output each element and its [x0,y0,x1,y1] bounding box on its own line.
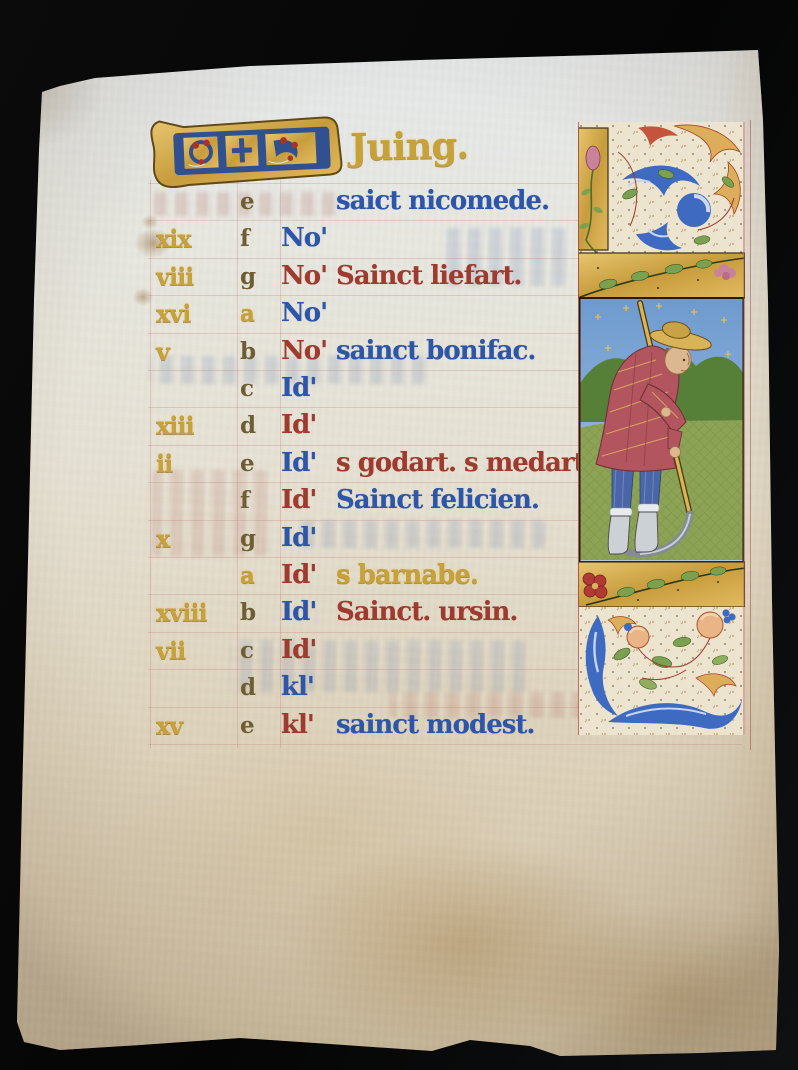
roman-calends-mark: Id' [281,370,316,407]
feast-name: Sainct liefart. [336,258,521,295]
dominical-letter: d [240,407,255,444]
manuscript-leaf: Juing. esaict nicomede.xixfNo'viiigNo'Sa… [0,0,798,1070]
golden-number: x [156,520,169,557]
roman-calends-mark: No' [281,333,327,370]
feast-name: s barnabe. [336,557,478,594]
calendar-row: iieId's godart. s medart. [0,445,590,482]
dominical-letter: c [240,632,253,669]
golden-number: ii [156,445,172,482]
feast-name: s godart. s medart. [336,445,593,482]
golden-number: viii [156,258,193,295]
feast-name: saict nicomede. [336,183,549,220]
roman-calends-mark: Id' [281,407,316,444]
dominical-letter: d [240,669,255,706]
feast-name: Sainct felicien. [336,482,539,519]
floral-top-panel [578,122,745,262]
calendar-row: viiigNo'Sainct liefart. [0,258,590,295]
calendar-row: xviaNo' [0,295,590,332]
boot-right [635,512,658,552]
roman-calends-mark: kl' [281,707,314,744]
floral-bottom-panel [578,607,745,735]
calendar-row: cId' [0,370,590,407]
illuminated-border [578,122,745,737]
golden-number: xiii [156,407,194,444]
gold-band-red-flower [578,562,745,607]
dominical-letter: g [240,520,255,557]
dominical-letter: c [240,370,253,407]
dominical-letter: e [240,445,254,482]
roman-calends-mark: Id' [281,520,316,557]
month-label: Juing. [350,123,469,169]
boot-left [608,516,630,554]
calendar-row: xvekl'sainct modest. [0,707,590,744]
golden-number: v [156,333,169,370]
golden-number: vii [156,632,185,669]
calendar-row: vbNo'sainct bonifac. [0,333,590,370]
calendar-row: viicId' [0,632,590,669]
dominical-letter: b [240,333,255,370]
feast-name: Sainct. ursin. [336,594,517,631]
calendar-row: dkl' [0,669,590,706]
golden-number: xviii [156,594,207,631]
roman-calends-mark: No' [281,295,327,332]
calendar-row: esaict nicomede. [0,183,590,220]
dominical-letter: b [240,594,255,631]
pink-thistle-flower [586,146,600,170]
dominical-letter: a [240,295,254,332]
golden-number: xix [156,220,191,257]
roman-calends-mark: Id' [281,594,316,631]
roman-calends-mark: Id' [281,557,316,594]
roman-calends-mark: No' [281,258,327,295]
calendar-row: xviiibId'Sainct. ursin. [0,594,590,631]
calendar-row: aId's barnabe. [0,557,590,594]
dominical-letter: f [240,482,249,519]
calendar-row: xgId' [0,520,590,557]
roman-calends-mark: Id' [281,482,316,519]
kl-monogram [143,112,346,194]
photo-backdrop: Juing. esaict nicomede.xixfNo'viiigNo'Sa… [0,0,798,1070]
margin-rule-right [750,120,751,750]
feast-name: sainct bonifac. [336,333,535,370]
golden-number: xvi [156,295,190,332]
roman-calends-mark: kl' [281,669,314,706]
roman-calends-mark: Id' [281,445,316,482]
golden-number: xv [156,707,182,744]
calendar-row: fId'Sainct felicien. [0,482,590,519]
dominical-letter: a [240,557,254,594]
dominical-letter: g [240,258,255,295]
calendar-row: xixfNo' [0,220,590,257]
hand-lower [670,447,681,458]
dominical-letter: e [240,183,254,220]
dominical-letter: e [240,707,254,744]
miniature-june-labor [580,298,744,562]
roman-calends-mark: Id' [281,632,316,669]
roman-calends-mark: No' [281,220,327,257]
dominical-letter: f [240,220,249,257]
feast-name: sainct modest. [336,707,534,744]
calendar-row: xiiidId' [0,407,590,444]
gold-band-leaf-stem [578,253,745,298]
hand-upper [661,407,671,417]
